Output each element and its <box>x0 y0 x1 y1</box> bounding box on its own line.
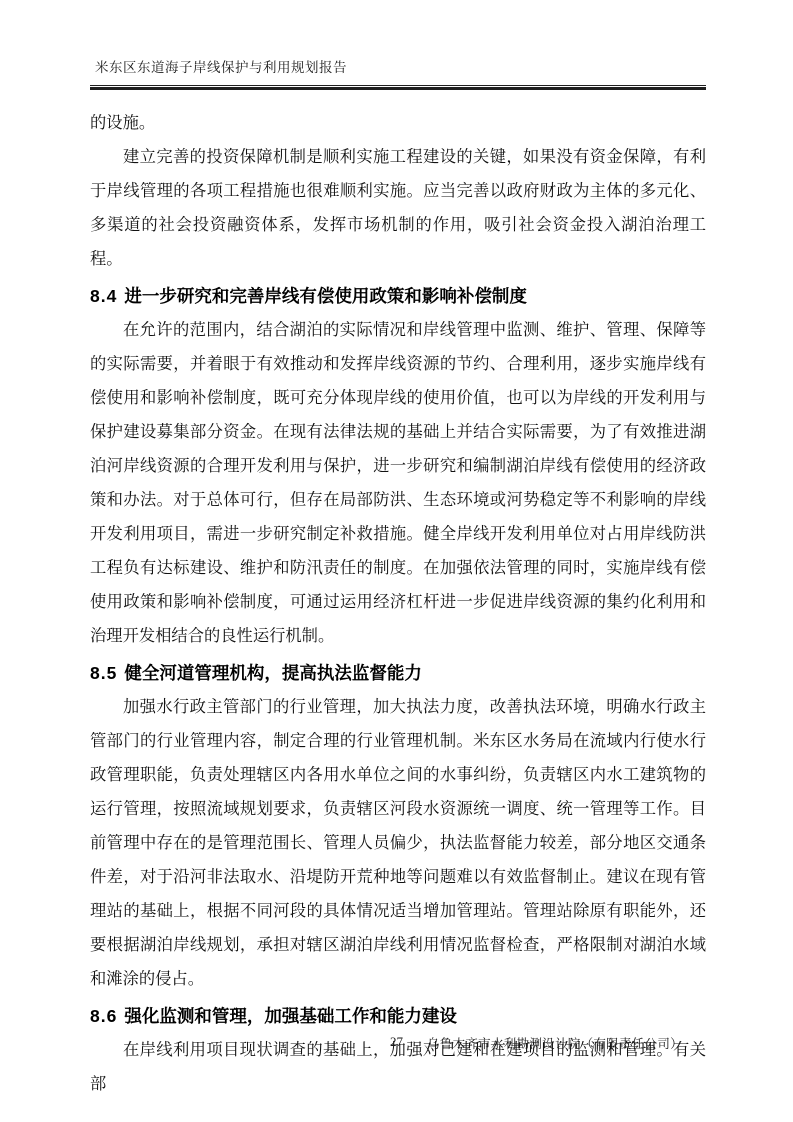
section-number-8-5: 8.5 <box>90 663 117 683</box>
document-page: 米东区东道海子岸线保护与利用规划报告 的设施。 建立完善的投资保障机制是顺利实施… <box>0 0 793 1122</box>
header-rule <box>90 85 706 90</box>
header-title: 米东区东道海子岸线保护与利用规划报告 <box>90 58 706 78</box>
header-rule-thin-line <box>90 85 706 86</box>
section-8-5-paragraph: 加强水行政主管部门的行业管理，加大执法力度，改善执法环境，明确水行政主管部门的行… <box>90 690 706 996</box>
page-footer: 27 乌鲁木齐市水利勘测设计院（有限责任公司） <box>0 1034 793 1054</box>
section-heading-8-5: 8.5健全河道管理机构，提高执法监督能力 <box>90 658 706 689</box>
paragraph-investment-guarantee: 建立完善的投资保障机制是顺利实施工程建设的关键，如果没有资金保障，有利于岸线管理… <box>90 140 706 276</box>
page-number: 27 <box>390 1034 403 1050</box>
page-header: 米东区东道海子岸线保护与利用规划报告 <box>90 58 706 90</box>
section-title-8-4: 进一步研究和完善岸线有偿使用政策和影响补偿制度 <box>124 286 527 306</box>
section-title-8-6: 强化监测和管理，加强基础工作和能力建设 <box>124 1006 457 1026</box>
header-rule-thick-line <box>90 87 706 90</box>
section-title-8-5: 健全河道管理机构，提高执法监督能力 <box>124 663 422 683</box>
section-number-8-4: 8.4 <box>90 286 117 306</box>
section-8-4-paragraph: 在允许的范围内，结合湖泊的实际情况和岸线管理中监测、维护、管理、保障等的实际需要… <box>90 313 706 653</box>
document-body: 的设施。 建立完善的投资保障机制是顺利实施工程建设的关键，如果没有资金保障，有利… <box>90 106 706 1101</box>
section-heading-8-6: 8.6强化监测和管理，加强基础工作和能力建设 <box>90 1001 706 1032</box>
section-number-8-6: 8.6 <box>90 1006 117 1026</box>
paragraph-continuation: 的设施。 <box>90 106 706 140</box>
publisher-name: 乌鲁木齐市水利勘测设计院（有限责任公司） <box>427 1034 683 1052</box>
section-heading-8-4: 8.4进一步研究和完善岸线有偿使用政策和影响补偿制度 <box>90 281 706 312</box>
